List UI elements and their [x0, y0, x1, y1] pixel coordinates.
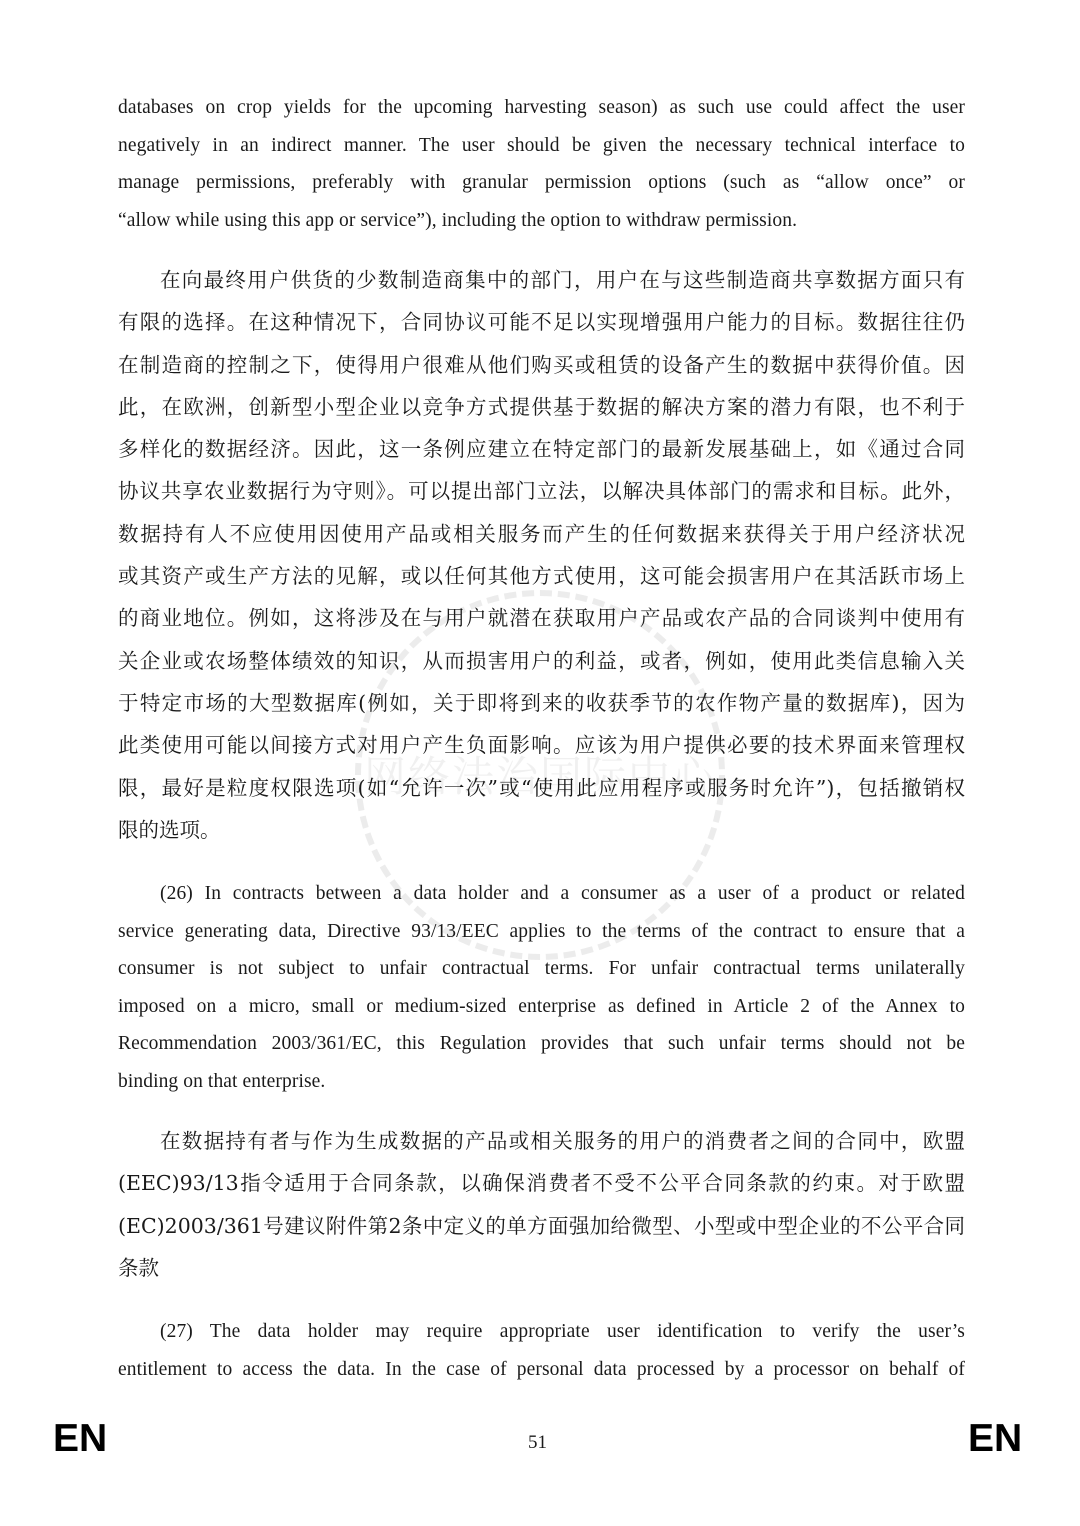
text-line: 于特定市场的大型数据库(例如，关于即将到来的收获季节的农作物产量的数据库)，因为 — [118, 682, 965, 724]
text-line: 限的选项。 — [118, 809, 965, 851]
text-line: (26) In contracts between a data holder … — [118, 875, 965, 913]
text-line: Recommendation 2003/361/EC, this Regulat… — [118, 1025, 965, 1063]
text-line: 此类使用可能以间接方式对用户产生负面影响。应该为用户提供必要的技术界面来管理权 — [118, 724, 965, 766]
text-line: 数据持有人不应使用因使用产品或相关服务而产生的任何数据来获得关于用户经济状况 — [118, 513, 965, 555]
text-line: service generating data, Directive 93/13… — [118, 913, 965, 951]
page-number: 51 — [528, 1432, 547, 1454]
text-line: manage permissions, preferably with gran… — [118, 164, 965, 202]
paragraph-recital-27-en: (27) The data holder may require appropr… — [118, 1313, 965, 1388]
text-line: 的商业地位。例如，这将涉及在与用户就潜在获取用户产品或农产品的合同谈判中使用有 — [118, 597, 965, 639]
text-line: binding on that enterprise. — [118, 1063, 965, 1101]
text-line: negatively in an indirect manner. The us… — [118, 127, 965, 165]
text-line: 多样化的数据经济。因此，这一条例应建立在特定部门的最新发展基础上，如《通过合同 — [118, 428, 965, 470]
text-line: 或其资产或生产方法的见解，或以任何其他方式使用，这可能会损害用户在其活跃市场上 — [118, 555, 965, 597]
text-line: (EC)2003/361号建议附件第2条中定义的单方面强加给微型、小型或中型企业… — [118, 1205, 965, 1247]
text-line: 在向最终用户供货的少数制造商集中的部门，用户在与这些制造商共享数据方面只有 — [118, 259, 965, 301]
paragraph-recital-25-en-continuation: databases on crop yields for the upcomin… — [118, 89, 965, 239]
text-line: 条款 — [118, 1247, 965, 1289]
text-line: entitlement to access the data. In the c… — [118, 1351, 965, 1389]
language-tag-right: EN — [968, 1416, 1022, 1462]
text-line: (EEC)93/13指令适用于合同条款，以确保消费者不受不公平合同条款的约束。对… — [118, 1162, 965, 1204]
language-tag-left: EN — [53, 1416, 107, 1462]
paragraph-recital-26-en: (26) In contracts between a data holder … — [118, 875, 965, 1101]
paragraph-recital-25-zh: 在向最终用户供货的少数制造商集中的部门，用户在与这些制造商共享数据方面只有 有限… — [118, 259, 965, 851]
text-line: (27) The data holder may require appropr… — [118, 1313, 965, 1351]
text-line: consumer is not subject to unfair contra… — [118, 950, 965, 988]
text-line: imposed on a micro, small or medium-size… — [118, 988, 965, 1026]
text-line: 在制造商的控制之下，使得用户很难从他们购买或租赁的设备产生的数据中获得价值。因 — [118, 344, 965, 386]
document-page: 网络法治国际中心 databases on crop yields for th… — [0, 0, 1080, 1526]
text-line: databases on crop yields for the upcomin… — [118, 89, 965, 127]
text-line: 有限的选择。在这种情况下，合同协议可能不足以实现增强用户能力的目标。数据往往仍 — [118, 301, 965, 343]
text-line: 协议共享农业数据行为守则》。可以提出部门立法，以解决具体部门的需求和目标。此外， — [118, 470, 965, 512]
text-line: 此，在欧洲，创新型小型企业以竞争方式提供基于数据的解决方案的潜力有限，也不利于 — [118, 386, 965, 428]
paragraph-recital-26-zh: 在数据持有者与作为生成数据的产品或相关服务的用户的消费者之间的合同中，欧盟 (E… — [118, 1120, 965, 1289]
text-line: 在数据持有者与作为生成数据的产品或相关服务的用户的消费者之间的合同中，欧盟 — [118, 1120, 965, 1162]
text-line: “allow while using this app or service”)… — [118, 202, 965, 240]
text-line: 关企业或农场整体绩效的知识，从而损害用户的利益，或者，例如，使用此类信息输入关 — [118, 640, 965, 682]
text-line: 限，最好是粒度权限选项(如“允许一次”或“使用此应用程序或服务时允许”)，包括撤… — [118, 767, 965, 809]
